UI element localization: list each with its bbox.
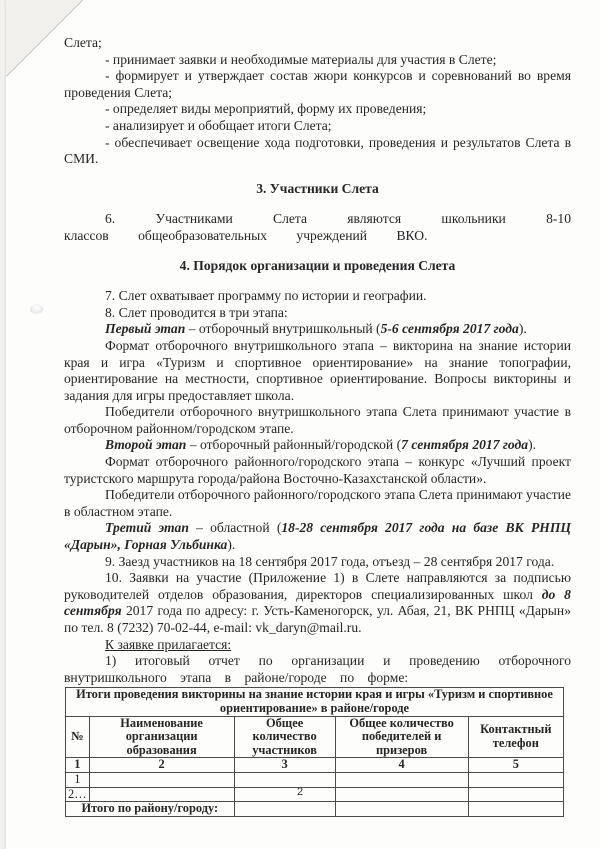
total-label: Итого по району/городу:	[66, 802, 235, 817]
stage-2-format: Формат отборочного районного/городского …	[64, 454, 571, 487]
stage-2-line: Второй этап – отборочный районный/городс…	[64, 437, 571, 454]
stage-2-label: Второй этап	[105, 437, 186, 452]
stage-1-label: Первый этап	[105, 321, 185, 336]
paragraph-6: 6. Участниками Слета являются школьники …	[64, 211, 571, 244]
column-header-participants: Общее количество участников	[234, 716, 335, 758]
duty-item: - принимает заявки и необходимые материа…	[64, 52, 571, 69]
paragraph-8: 8. Слет проводится в три этапа:	[64, 305, 571, 322]
table-row: 2…	[66, 787, 564, 802]
attachments-label: К заявке прилагается:	[64, 637, 571, 654]
attachment-item-1: 1) итоговый отчет по организации и прове…	[64, 653, 571, 686]
section-4-heading: 4. Порядок организации и проведения Слет…	[64, 258, 571, 275]
table-total-row: Итого по району/городу:	[66, 802, 564, 817]
column-header-winners: Общее количество победителей и призеров	[335, 716, 468, 758]
duty-item: - формирует и утверждает состав жюри кон…	[64, 68, 571, 101]
table-row: 1	[66, 772, 564, 787]
stage-2-dates: 7 сентября 2017 года	[401, 437, 528, 452]
stage-1-winners: Победители отборочного внутришкольного э…	[64, 404, 571, 437]
column-header-number: №	[66, 716, 90, 758]
table-title: Итоги проведения викторины на знание ист…	[66, 688, 564, 716]
paragraph-10: 10. Заявки на участие (Приложение 1) в С…	[64, 570, 571, 636]
paragraph-7: 7. Слет охватывает программу по истории …	[64, 288, 571, 305]
stage-3-line: Третий этап – областной (18-28 сентября …	[64, 520, 571, 553]
duty-item: - определяет виды мероприятий, форму их …	[64, 101, 571, 118]
results-form-table: Итоги проведения викторины на знание ист…	[65, 687, 564, 816]
duty-item: - анализирует и обобщает итоги Слета;	[64, 118, 571, 135]
column-header-phone: Контактный телефон	[468, 716, 563, 758]
duty-item: - обеспечивает освещение хода подготовки…	[64, 135, 571, 168]
punch-hole	[30, 304, 43, 314]
document-body: Слета; - принимает заявки и необходимые …	[64, 35, 571, 817]
stage-2-winners: Победители отборочного районного/городск…	[64, 487, 571, 520]
section-3-heading: 3. Участники Слета	[64, 181, 571, 198]
stage-3-label: Третий этап	[105, 520, 189, 535]
stage-1-format: Формат отборочного внутришкольного этапа…	[64, 338, 571, 404]
intro-line: Слета;	[64, 35, 571, 52]
column-number-row: 1 2 3 4 5	[66, 758, 564, 773]
column-header-organization: Наименование организации образования	[89, 716, 234, 758]
stage-1-line: Первый этап – отборочный внутришкольный …	[64, 321, 571, 338]
paragraph-9: 9. Заезд участников на 18 сентября 2017 …	[64, 554, 571, 571]
stage-1-dates: 5-6 сентября 2017 года	[381, 321, 519, 336]
